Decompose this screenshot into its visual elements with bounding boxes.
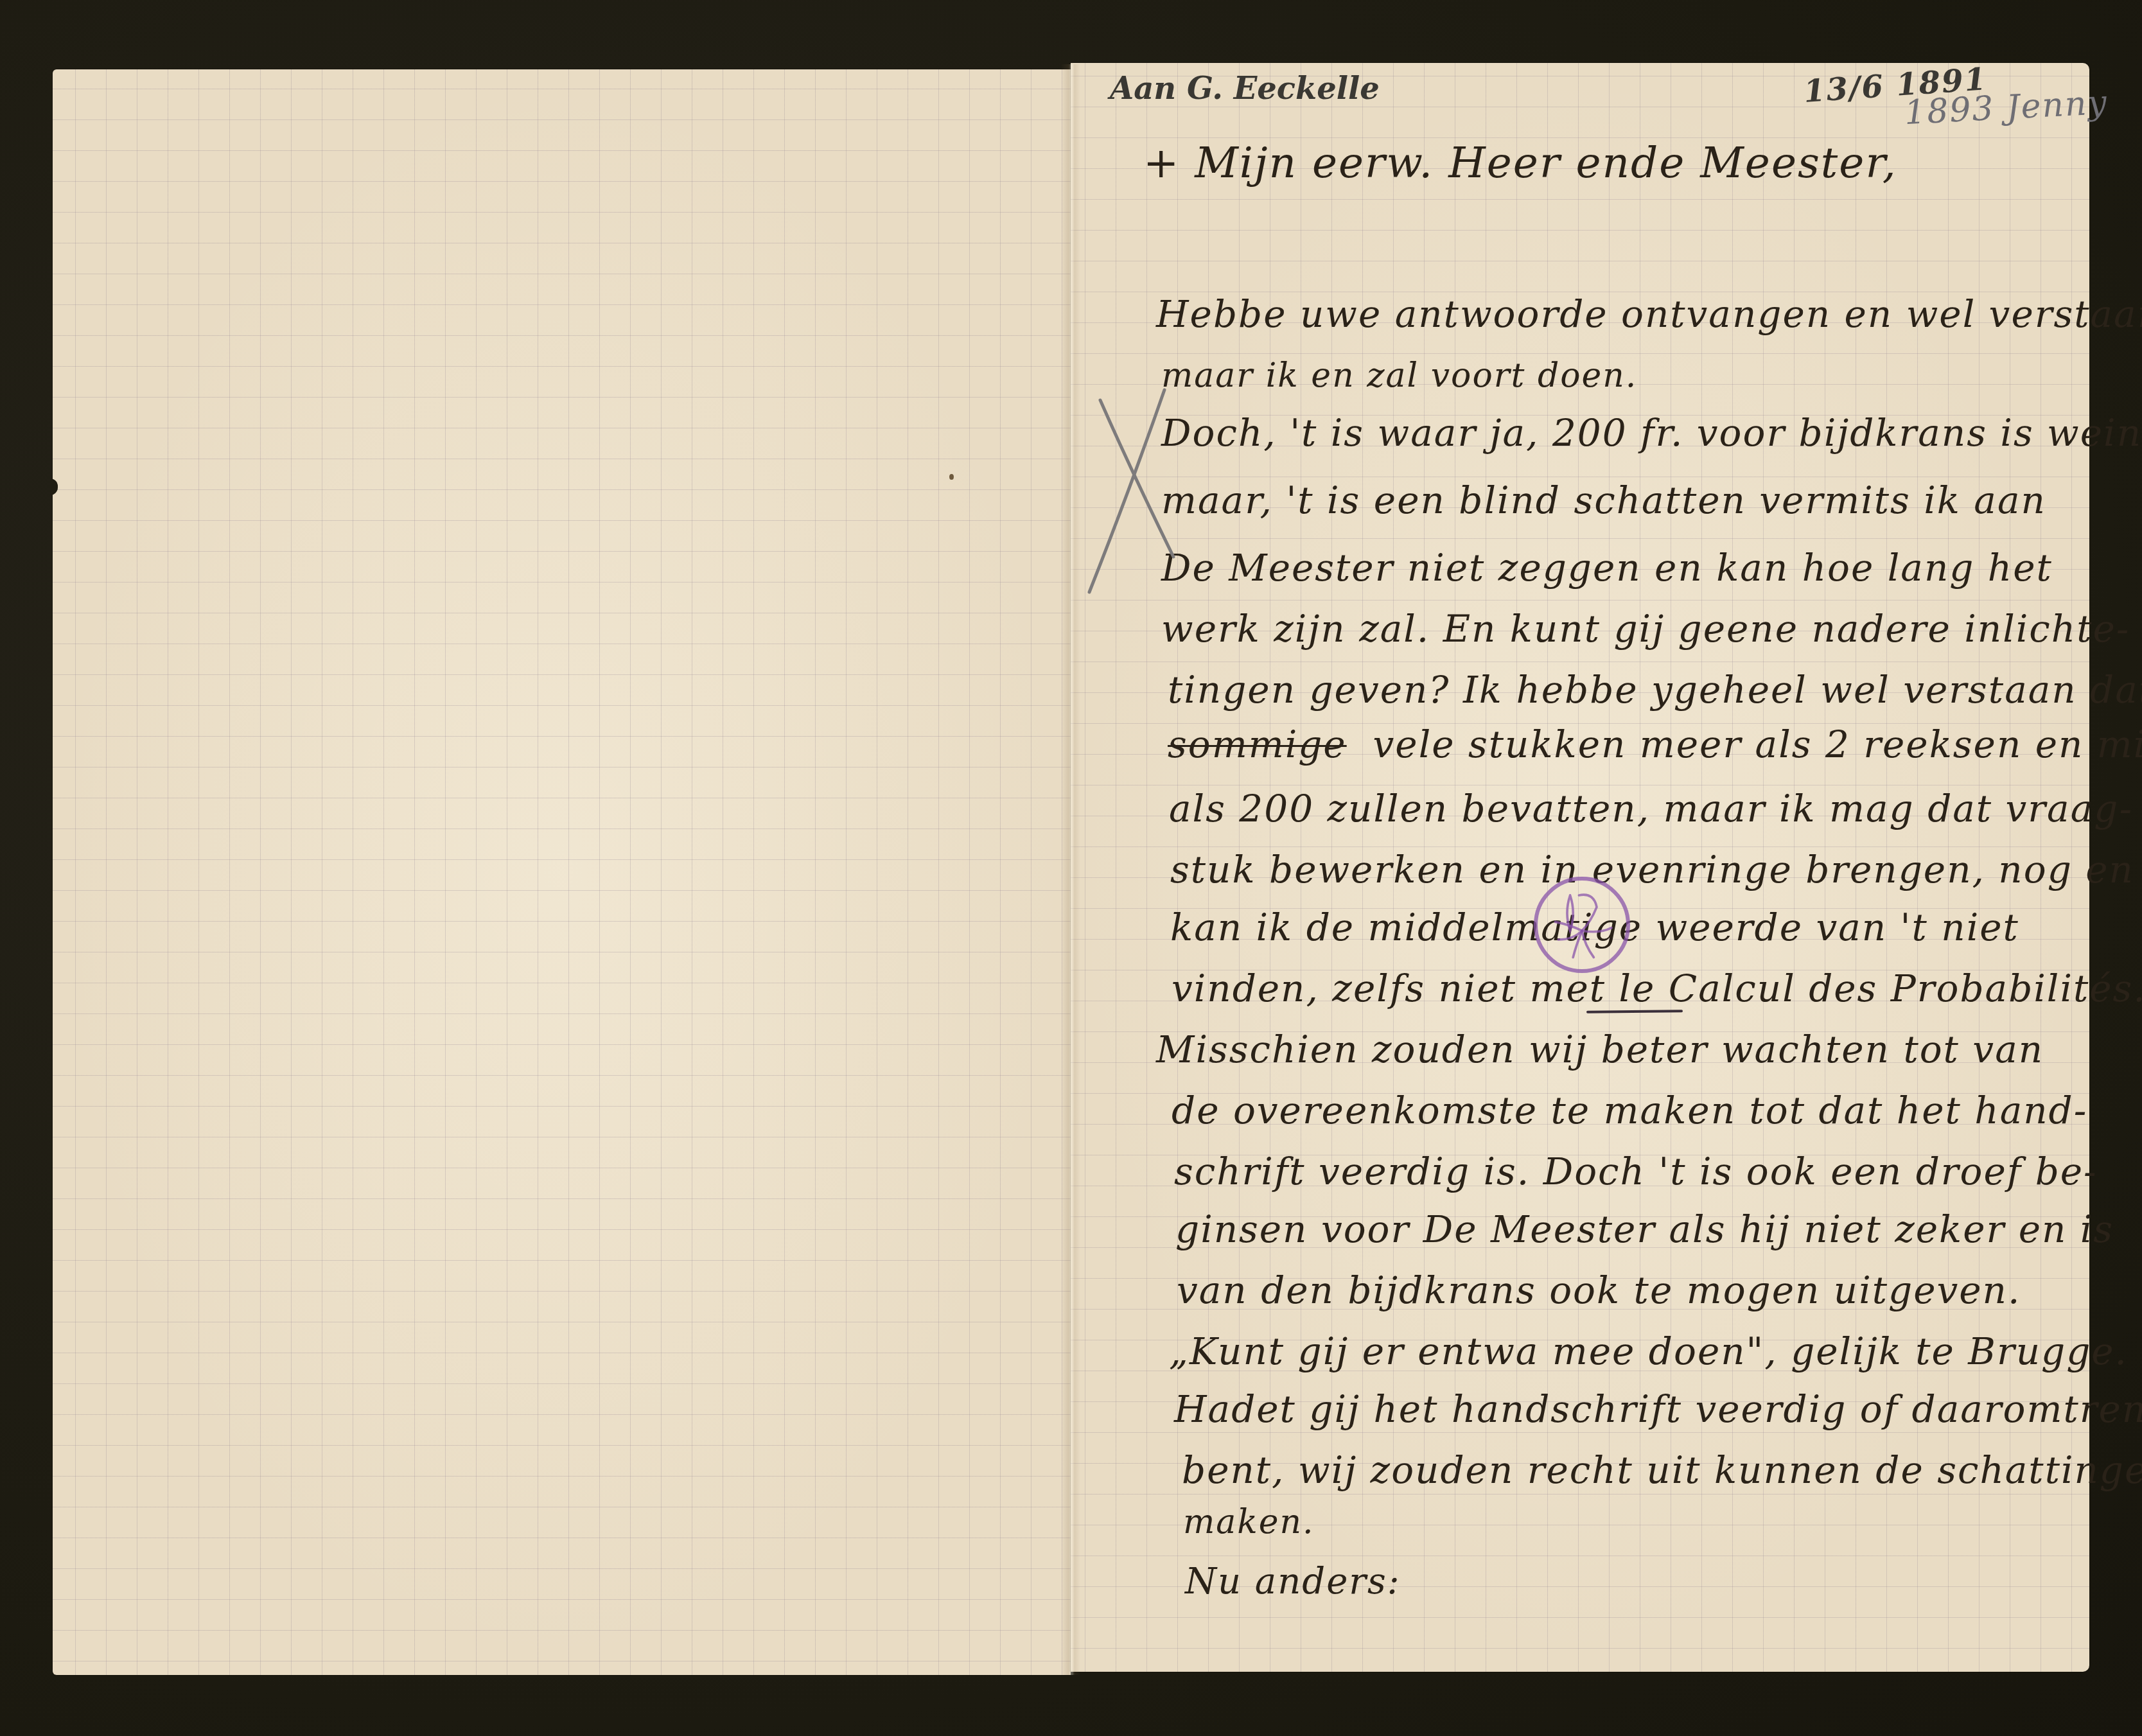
letter-line: maar ik en zal voort doen.: [1161, 356, 1637, 395]
letter-line: de overeenkomste te maken tot dat het ha…: [1172, 1089, 2087, 1132]
letter-line: ginsen voor De Meester als hij niet zeke…: [1175, 1207, 2114, 1251]
letter-line: als 200 zullen bevatten, maar ik mag dat…: [1169, 787, 2133, 830]
left-page: [53, 69, 1071, 1675]
salutation: + Mijn eerw. Heer ende Meester,: [1143, 138, 1897, 188]
fleur-emblem-icon: [1538, 881, 1626, 969]
pencil-cross-mark: [1085, 385, 1182, 597]
letter-line: van den bijdkrans ook te mogen uitgeven.: [1177, 1268, 2021, 1312]
letter-line-rest: vele stukken meer als 2 reeksen en min: [1360, 723, 2142, 766]
letter-line: Misschien zouden wij beter wachten tot v…: [1156, 1028, 2044, 1071]
recipient-annotation: Aan G. Eeckelle: [1110, 71, 1380, 107]
library-stamp: [1534, 877, 1630, 973]
letter-line: Doch, 't is waar ja, 200 fr. voor bijdkr…: [1161, 411, 2142, 455]
letter-line: vinden, zelfs niet met le Calcul des Pro…: [1172, 967, 2142, 1010]
letter-line: Hebbe uwe antwoorde ontvangen en wel ver…: [1156, 292, 2142, 336]
letter-line: sommige vele stukken meer als 2 reeksen …: [1168, 723, 2142, 766]
center-fold: [1061, 64, 1080, 1675]
letter-line: schrift veerdig is. Doch 't is ook een d…: [1174, 1150, 2098, 1193]
letter-line: bent, wij zouden recht uit kunnen de sch…: [1182, 1448, 2142, 1492]
letter-line: De Meester niet zeggen en kan hoe lang h…: [1161, 546, 2053, 590]
letter-line: tingen geven? Ik hebbe ygeheel wel verst…: [1168, 668, 2142, 712]
letter-line: maar, 't is een blind schatten vermits i…: [1161, 478, 2046, 522]
letter-line: maken.: [1183, 1503, 1315, 1541]
letter-line: stuk bewerken en in evenringe brengen, n…: [1170, 848, 2134, 891]
paper-speck: [949, 474, 954, 480]
letter-line: „Kunt gij er entwa mee doen", gelijk te …: [1169, 1329, 2128, 1373]
letter-line: werk zijn zal. En kunt gij geene nadere …: [1161, 607, 2130, 651]
letter-line: Nu anders:: [1185, 1561, 1401, 1602]
letter-line: Hadet gij het handschrift veerdig of daa…: [1174, 1387, 2142, 1431]
struck-word: sommige: [1168, 723, 1347, 766]
